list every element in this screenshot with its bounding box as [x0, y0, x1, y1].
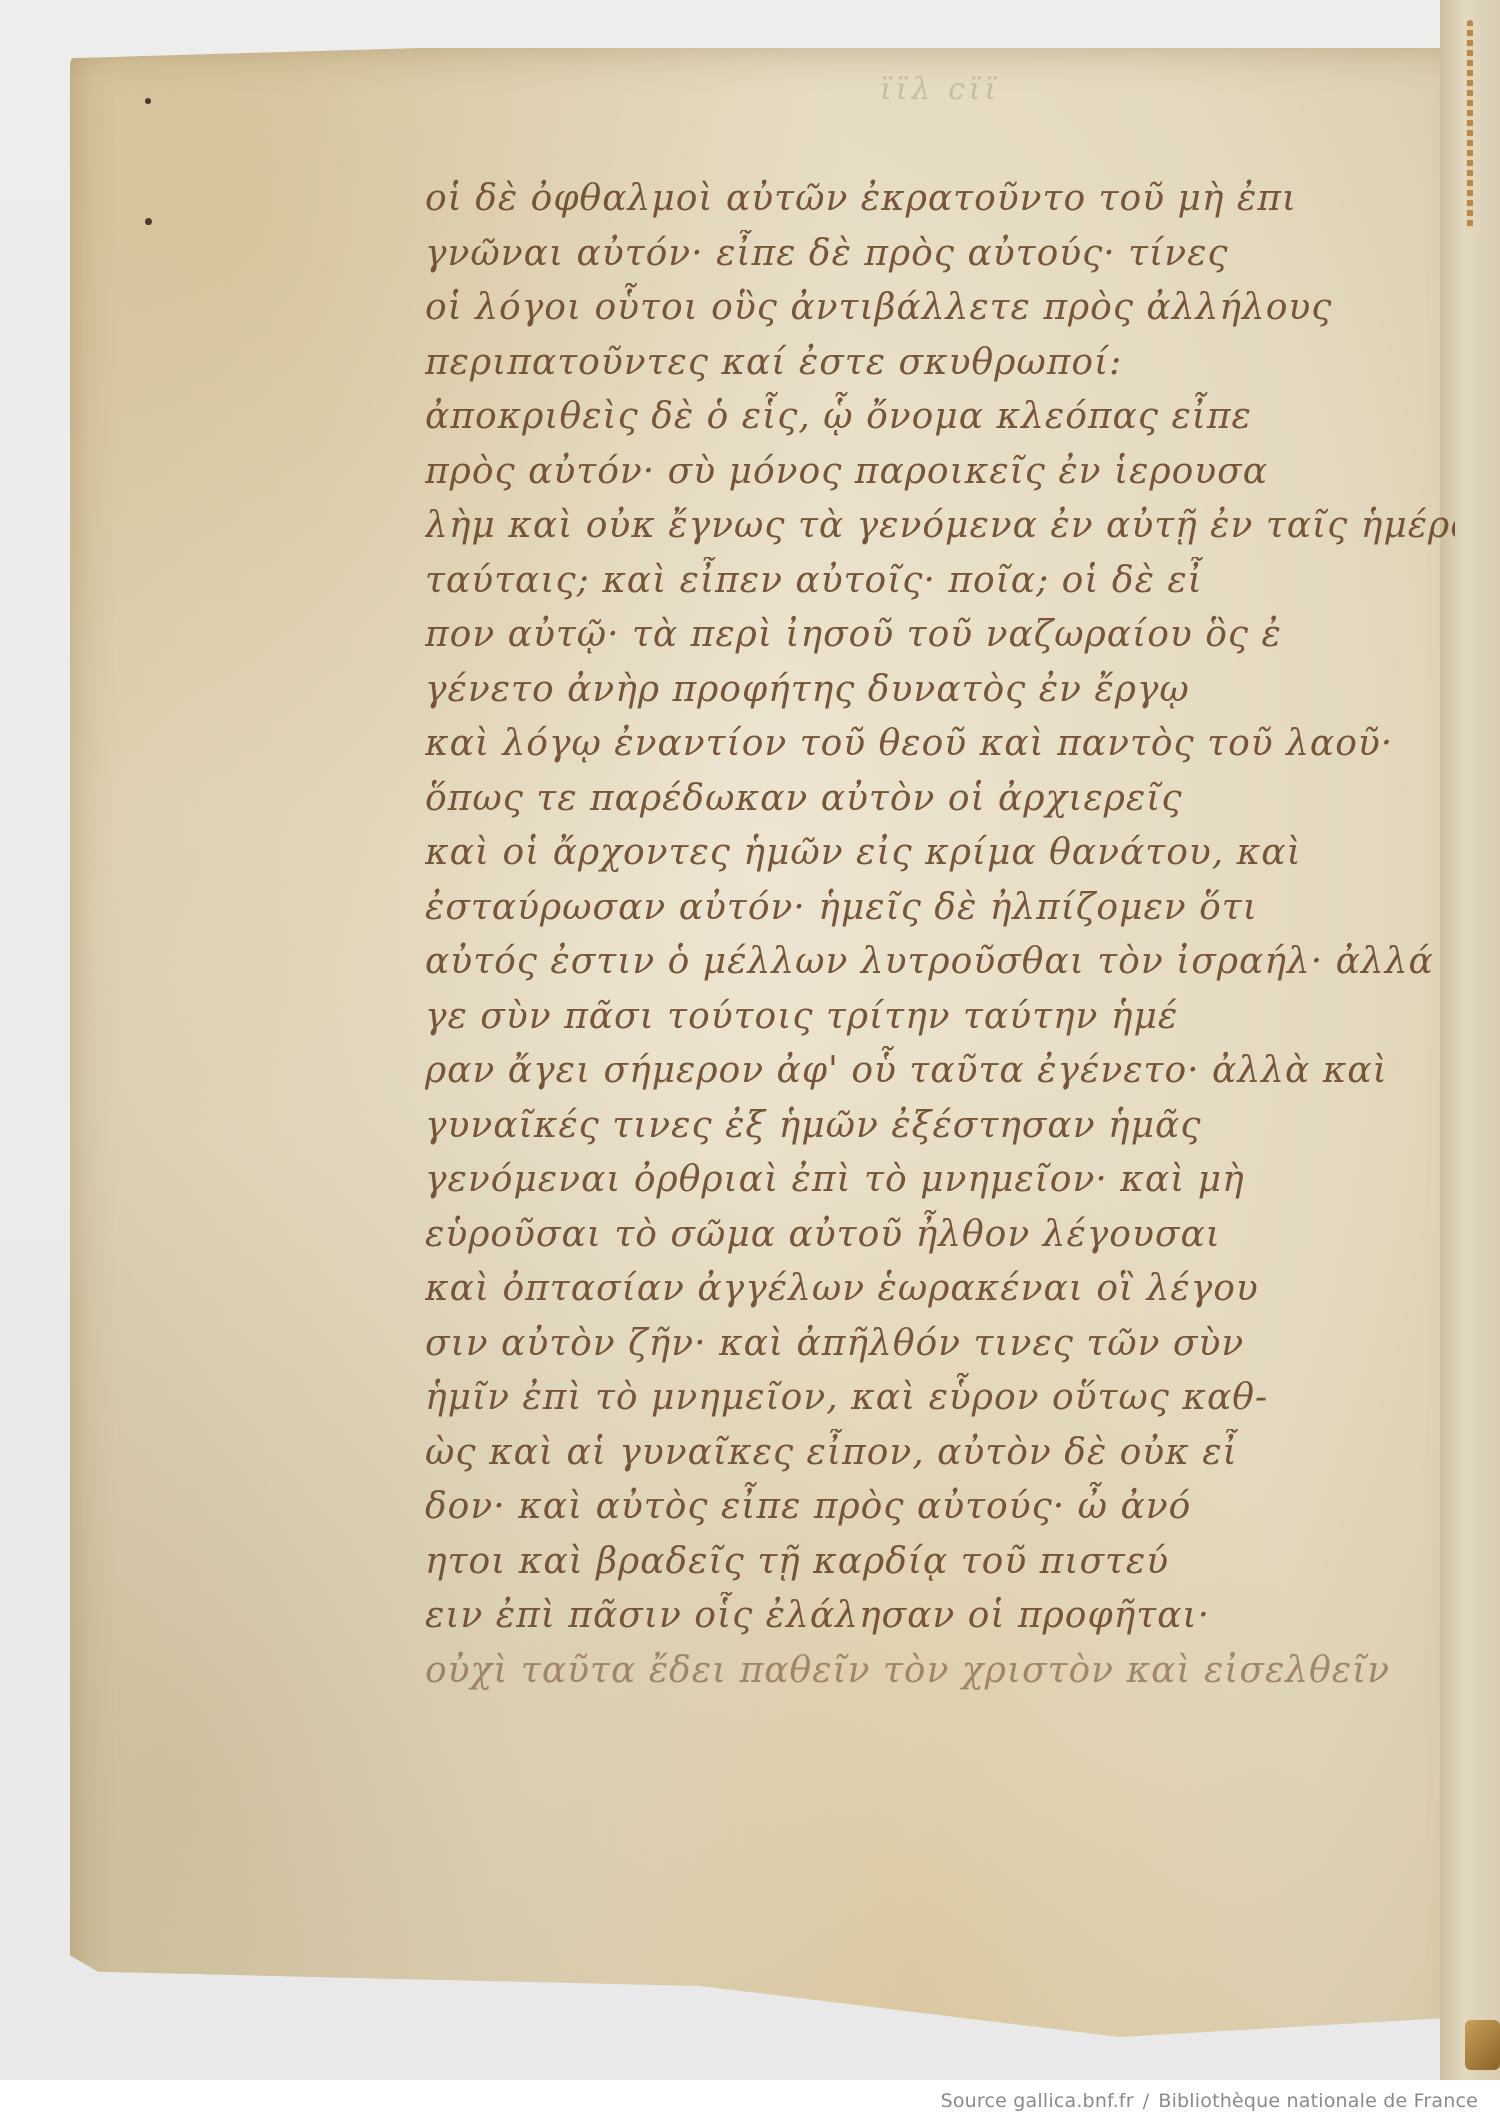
- text-line: σιν αὐτὸν ζῆν· καὶ ἀπῆλθόν τινες τῶν σὺν: [425, 1317, 1455, 1372]
- text-line: ητοι καὶ βραδεῖς τῇ καρδίᾳ τοῦ πιστεύ: [425, 1535, 1455, 1590]
- ink-spot: [388, 2003, 398, 2017]
- manuscript-text: οἱ δὲ ὀφθαλμοὶ αὐτῶν ἐκρατοῦντο τοῦ μὴ ἐ…: [425, 172, 1455, 1698]
- text-line: λὴμ καὶ οὐκ ἔγνως τὰ γενόμενα ἐν αὐτῇ ἐν…: [425, 499, 1455, 554]
- text-line: γένετο ἀνὴρ προφήτης δυνατὸς ἐν ἔργῳ: [425, 663, 1455, 718]
- image-viewport: ϊϊλ ϲϊϊ οἱ δὲ ὀφθαλμοὶ αὐτῶν ἐκρατοῦντο …: [0, 0, 1500, 2080]
- text-line: οὐχὶ ταῦτα ἔδει παθεῖν τὸν χριστὸν καὶ ε…: [425, 1644, 1455, 1699]
- gilt-edge: [1465, 2020, 1500, 2070]
- binding-thread: [1467, 20, 1473, 230]
- text-line: γνῶναι αὐτόν· εἶπε δὲ πρὸς αὐτούς· τίνες: [425, 227, 1455, 282]
- source-credit: Source gallica.bnf.fr/Bibliothèque natio…: [941, 2090, 1478, 2112]
- text-line: ἡμῖν ἐπὶ τὸ μνημεῖον, καὶ εὗρον οὕτως κα…: [425, 1371, 1455, 1426]
- ink-spot: [145, 98, 151, 104]
- credit-separator: /: [1143, 2090, 1150, 2112]
- text-line: ειν ἐπὶ πᾶσιν οἷς ἐλάλησαν οἱ προφῆται·: [425, 1589, 1455, 1644]
- text-line: πον αὐτῷ· τὰ περὶ ἰησοῦ τοῦ ναζωραίου ὃς…: [425, 608, 1455, 663]
- text-line: ἀποκριθεὶς δὲ ὁ εἷς, ᾧ ὄνομα κλεόπας εἶπ…: [425, 390, 1455, 445]
- text-line: δον· καὶ αὐτὸς εἶπε πρὸς αὐτούς· ὦ ἀνό: [425, 1480, 1455, 1535]
- source-link[interactable]: Source gallica.bnf.fr: [941, 2090, 1134, 2112]
- text-line: πρὸς αὐτόν· σὺ μόνος παροικεῖς ἐν ἱερουσ…: [425, 445, 1455, 500]
- text-line: εὑροῦσαι τὸ σῶμα αὐτοῦ ἦλθον λέγουσαι: [425, 1208, 1455, 1263]
- text-line: ραν ἄγει σήμερον ἀφ' οὗ ταῦτα ἐγένετο· ἀ…: [425, 1044, 1455, 1099]
- text-line: οἱ δὲ ὀφθαλμοὶ αὐτῶν ἐκρατοῦντο τοῦ μὴ ἐ…: [425, 172, 1455, 227]
- text-line: γυναῖκές τινες ἐξ ἡμῶν ἐξέστησαν ἡμᾶς: [425, 1099, 1455, 1154]
- text-line: ταύταις; καὶ εἶπεν αὐτοῖς· ποῖα; οἱ δὲ ε…: [425, 554, 1455, 609]
- institution-name: Bibliothèque nationale de France: [1158, 2090, 1478, 2112]
- text-line: περιπατοῦντες καί ἐστε σκυθρωποί:: [425, 336, 1455, 391]
- text-line: ἐσταύρωσαν αὐτόν· ἡμεῖς δὲ ἠλπίζομεν ὅτι: [425, 881, 1455, 936]
- footer-bar: Source gallica.bnf.fr/Bibliothèque natio…: [0, 2080, 1500, 2124]
- text-line: καὶ ὀπτασίαν ἀγγέλων ἑωρακέναι οἳ λέγου: [425, 1262, 1455, 1317]
- text-line: καὶ οἱ ἄρχοντες ἡμῶν εἰς κρίμα θανάτου, …: [425, 826, 1455, 881]
- text-line: αὐτός ἐστιν ὁ μέλλων λυτροῦσθαι τὸν ἰσρα…: [425, 935, 1455, 990]
- text-line: ὼς καὶ αἱ γυναῖκες εἶπον, αὐτὸν δὲ οὐκ ε…: [425, 1426, 1455, 1481]
- text-line: ὅπως τε παρέδωκαν αὐτὸν οἱ ἀρχιερεῖς: [425, 772, 1455, 827]
- text-line: οἱ λόγοι οὗτοι οὓς ἀντιβάλλετε πρὸς ἀλλή…: [425, 281, 1455, 336]
- marginal-note: ϊϊλ ϲϊϊ: [880, 72, 1000, 107]
- ink-spot: [145, 218, 152, 225]
- text-line: καὶ λόγῳ ἐναντίον τοῦ θεοῦ καὶ παντὸς το…: [425, 717, 1455, 772]
- text-line: γενόμεναι ὀρθριαὶ ἐπὶ τὸ μνημεῖον· καὶ μ…: [425, 1153, 1455, 1208]
- text-line: γε σὺν πᾶσι τούτοις τρίτην ταύτην ἡμέ: [425, 990, 1455, 1045]
